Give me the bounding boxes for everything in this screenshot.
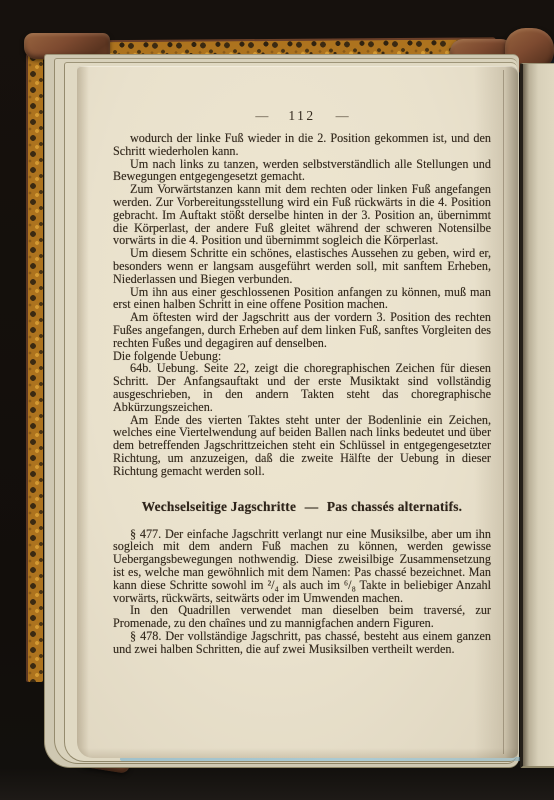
section-heading-french: Pas chassés alternatifs. xyxy=(327,499,462,514)
paragraph: Um nach links zu tanzen, werden selbstve… xyxy=(113,158,491,184)
facing-page-edge xyxy=(520,63,554,768)
section-heading: Wechselseitige Jagschritte — Pas chassés… xyxy=(113,499,491,515)
header-dash-left: — xyxy=(255,108,268,124)
paragraph: 64b. Uebung. Seite 22, zeigt die choregr… xyxy=(113,362,491,413)
paragraph: Um diesem Schritte ein schönes, elastisc… xyxy=(113,247,491,285)
page-header: — 112 — xyxy=(113,108,491,124)
body-text-top: wodurch der linke Fuß wieder in die 2. P… xyxy=(113,132,491,478)
paragraph: In den Quadrillen verwendet man dieselbe… xyxy=(113,604,491,630)
paragraph: Am öftesten wird der Jagschritt aus der … xyxy=(113,311,491,349)
body-text-bottom: § 477. Der einfache Jagschritt verlangt … xyxy=(113,528,491,656)
section-heading-separator: — xyxy=(305,499,319,514)
section-heading-german: Wechselseitige Jagschritte xyxy=(142,499,296,514)
page-number: 112 xyxy=(288,108,315,124)
page-content: — 112 — wodurch der linke Fuß wieder in … xyxy=(77,66,518,655)
paragraph: § 478. Der vollständige Jagschritt, pas … xyxy=(113,630,491,656)
paragraph: § 477. Der einfache Jagschritt verlangt … xyxy=(113,528,491,605)
marbled-cover-edge-left xyxy=(28,54,43,682)
book-page: — 112 — wodurch der linke Fuß wieder in … xyxy=(77,66,518,758)
paragraph: Am Ende des vierten Taktes steht unter d… xyxy=(113,414,491,478)
header-dash-right: — xyxy=(336,108,349,124)
paragraph: Zum Vorwärtstanzen kann mit dem rechten … xyxy=(113,183,491,247)
gutter-crease xyxy=(503,70,504,754)
paragraph: wodurch der linke Fuß wieder in die 2. P… xyxy=(113,132,491,158)
book-photo: — 112 — wodurch der linke Fuß wieder in … xyxy=(0,0,554,800)
paragraph: Um ihn aus einer geschlossenen Position … xyxy=(113,286,491,312)
